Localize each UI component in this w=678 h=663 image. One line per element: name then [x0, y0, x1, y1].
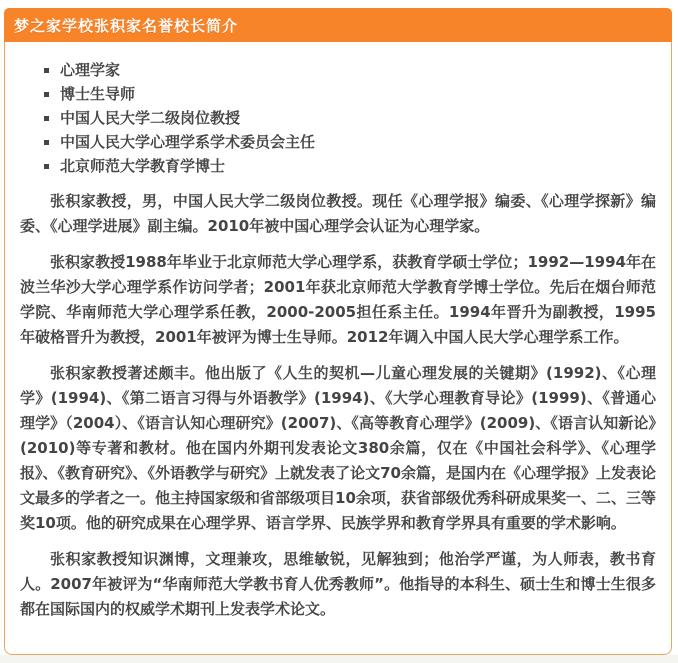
list-item: 中国人民大学心理学系学术委员会主任 — [60, 130, 656, 154]
list-item: 博士生导师 — [60, 82, 656, 106]
bio-paragraph: 张积家教授著述颇丰。他出版了《人生的契机—儿童心理发展的关键期》(1992)、《… — [20, 361, 656, 536]
list-item: 北京师范大学教育学博士 — [60, 154, 656, 178]
panel-header: 梦之家学校张积家名誉校长简介 — [4, 8, 672, 42]
credential-list: 心理学家 博士生导师 中国人民大学二级岗位教授 中国人民大学心理学系学术委员会主… — [20, 58, 656, 178]
profile-panel: 梦之家学校张积家名誉校长简介 心理学家 博士生导师 中国人民大学二级岗位教授 中… — [4, 8, 672, 655]
list-item: 中国人民大学二级岗位教授 — [60, 106, 656, 130]
page-title: 梦之家学校张积家名誉校长简介 — [14, 15, 238, 36]
page-footer — [0, 655, 678, 663]
bio-paragraph: 张积家教授1988年毕业于北京师范大学心理学系，获教育学硕士学位；1992—19… — [20, 250, 656, 350]
page: 梦之家学校张积家名誉校长简介 心理学家 博士生导师 中国人民大学二级岗位教授 中… — [0, 0, 678, 663]
bio-paragraph: 张积家教授知识渊博，文理兼攻，思维敏锐，见解独到；他治学严谨，为人师表，教书育人… — [20, 547, 656, 622]
list-item: 心理学家 — [60, 58, 656, 82]
bio-paragraph: 张积家教授，男，中国人民大学二级岗位教授。现任《心理学报》编委、《心理学探新》编… — [20, 189, 656, 239]
panel-body: 心理学家 博士生导师 中国人民大学二级岗位教授 中国人民大学心理学系学术委员会主… — [4, 42, 672, 655]
